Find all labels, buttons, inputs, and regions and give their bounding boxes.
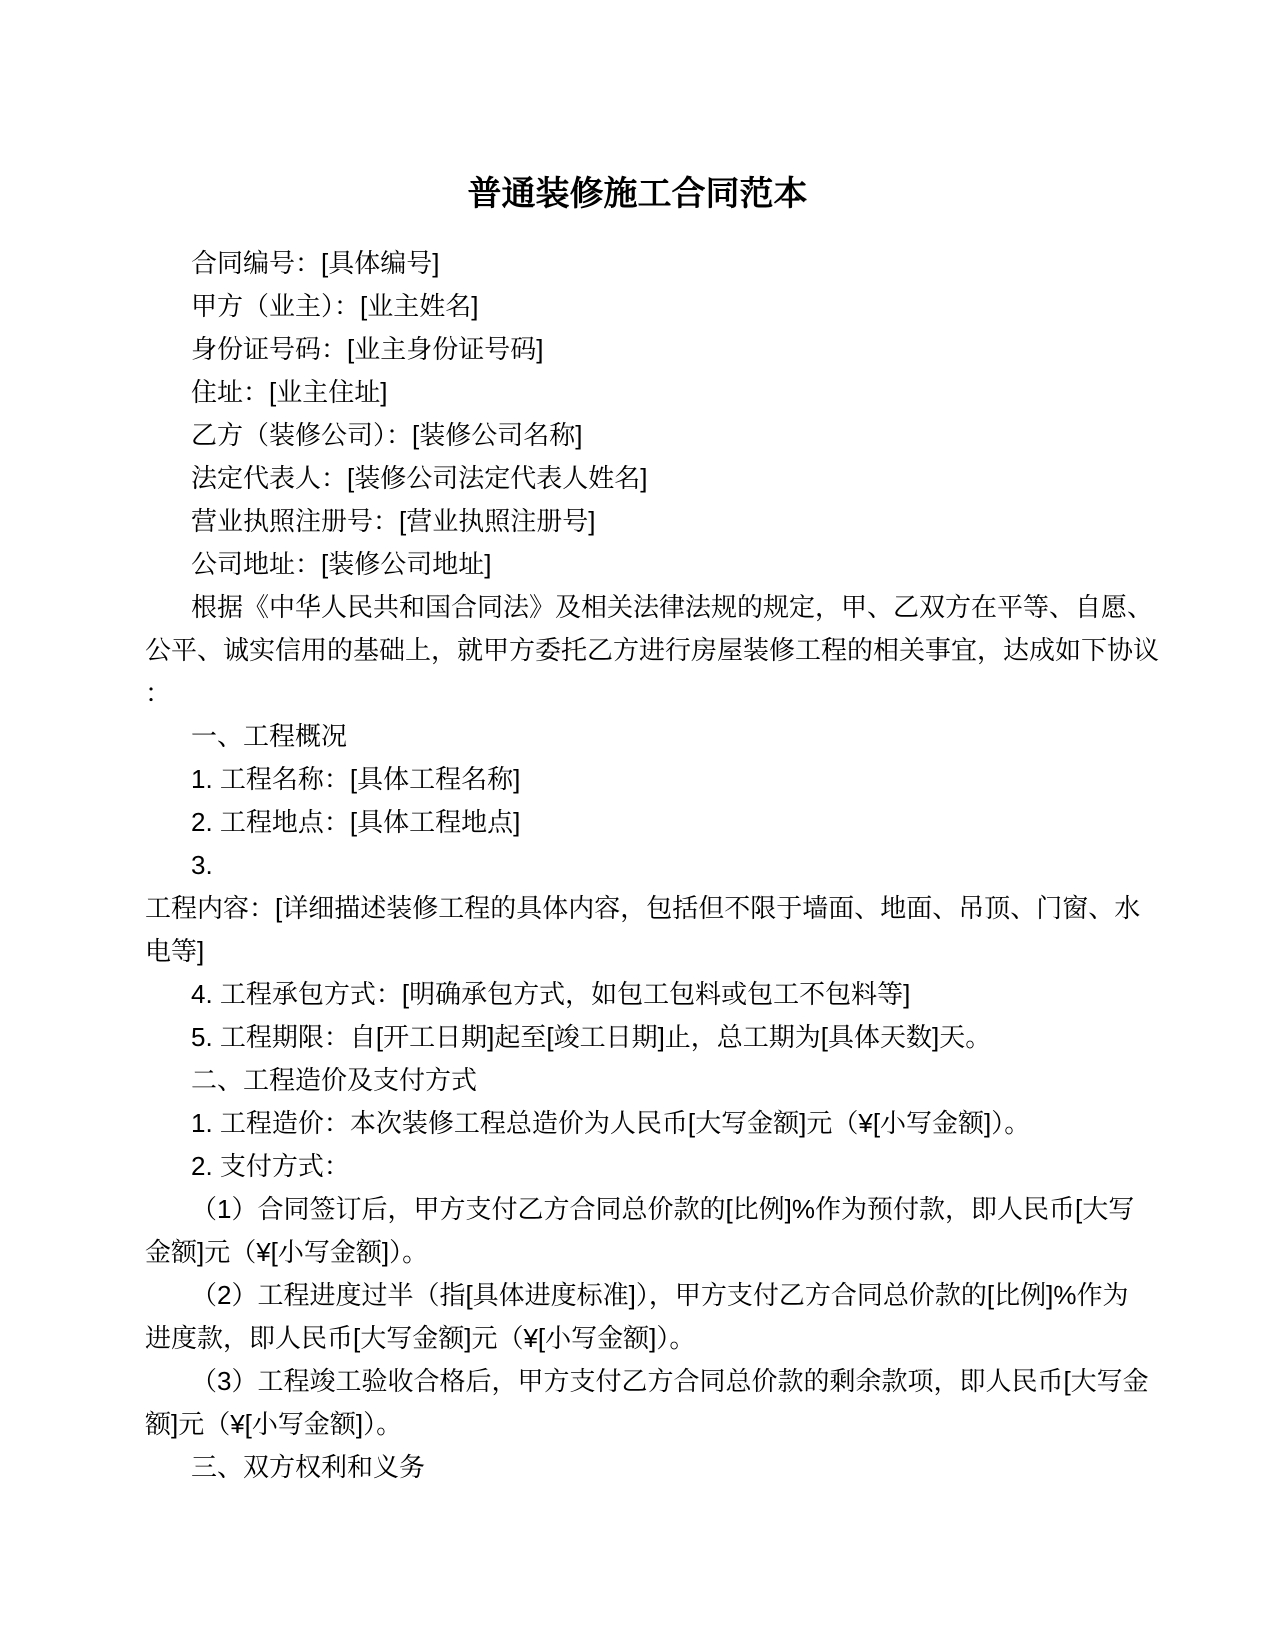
document-line: 三、双方权利和义务 [145,1446,1130,1489]
document-line: （1）合同签订后，甲方支付乙方合同总价款的[比例]%作为预付款，即人民币[大写 [145,1188,1130,1231]
document-line: 金额]元（¥[小写金额]）。 [145,1231,1130,1274]
document-line: 进度款，即人民币[大写金额]元（¥[小写金额]）。 [145,1317,1130,1360]
document-line: 2. 支付方式： [145,1145,1130,1188]
document-line: 公司地址：[装修公司地址] [145,543,1130,586]
document-line: 合同编号：[具体编号] [145,242,1130,285]
document-body: 合同编号：[具体编号]甲方（业主）：[业主姓名]身份证号码：[业主身份证号码]住… [145,242,1130,1489]
document-line: 公平、诚实信用的基础上，就甲方委托乙方进行房屋装修工程的相关事宜，达成如下协议 [145,629,1130,672]
document-line: 根据《中华人民共和国合同法》及相关法律法规的规定，甲、乙双方在平等、自愿、 [145,586,1130,629]
document-line: 乙方（装修公司）：[装修公司名称] [145,414,1130,457]
document-line: 法定代表人：[装修公司法定代表人姓名] [145,457,1130,500]
document-line: 3. [145,844,1130,887]
document-line: 身份证号码：[业主身份证号码] [145,328,1130,371]
document-page: 普通装修施工合同范本 合同编号：[具体编号]甲方（业主）：[业主姓名]身份证号码… [0,0,1275,1650]
document-line: （2）工程进度过半（指[具体进度标准]），甲方支付乙方合同总价款的[比例]%作为 [145,1274,1130,1317]
document-line: （3）工程竣工验收合格后，甲方支付乙方合同总价款的剩余款项，即人民币[大写金 [145,1360,1130,1403]
document-line: 一、工程概况 [145,715,1130,758]
document-line: 4. 工程承包方式：[明确承包方式，如包工包料或包工不包料等] [145,973,1130,1016]
document-line: 住址：[业主住址] [145,371,1130,414]
document-line: 甲方（业主）：[业主姓名] [145,285,1130,328]
document-line: 二、工程造价及支付方式 [145,1059,1130,1102]
document-line: 1. 工程造价：本次装修工程总造价为人民币[大写金额]元（¥[小写金额]）。 [145,1102,1130,1145]
document-line: 营业执照注册号：[营业执照注册号] [145,500,1130,543]
document-line: ： [145,672,1130,715]
document-line: 2. 工程地点：[具体工程地点] [145,801,1130,844]
document-line: 额]元（¥[小写金额]）。 [145,1403,1130,1446]
document-line: 1. 工程名称：[具体工程名称] [145,758,1130,801]
document-line: 5. 工程期限：自[开工日期]起至[竣工日期]止，总工期为[具体天数]天。 [145,1016,1130,1059]
document-line: 工程内容：[详细描述装修工程的具体内容，包括但不限于墙面、地面、吊顶、门窗、水 [145,887,1130,930]
document-line: 电等] [145,930,1130,973]
document-title: 普通装修施工合同范本 [145,170,1130,218]
